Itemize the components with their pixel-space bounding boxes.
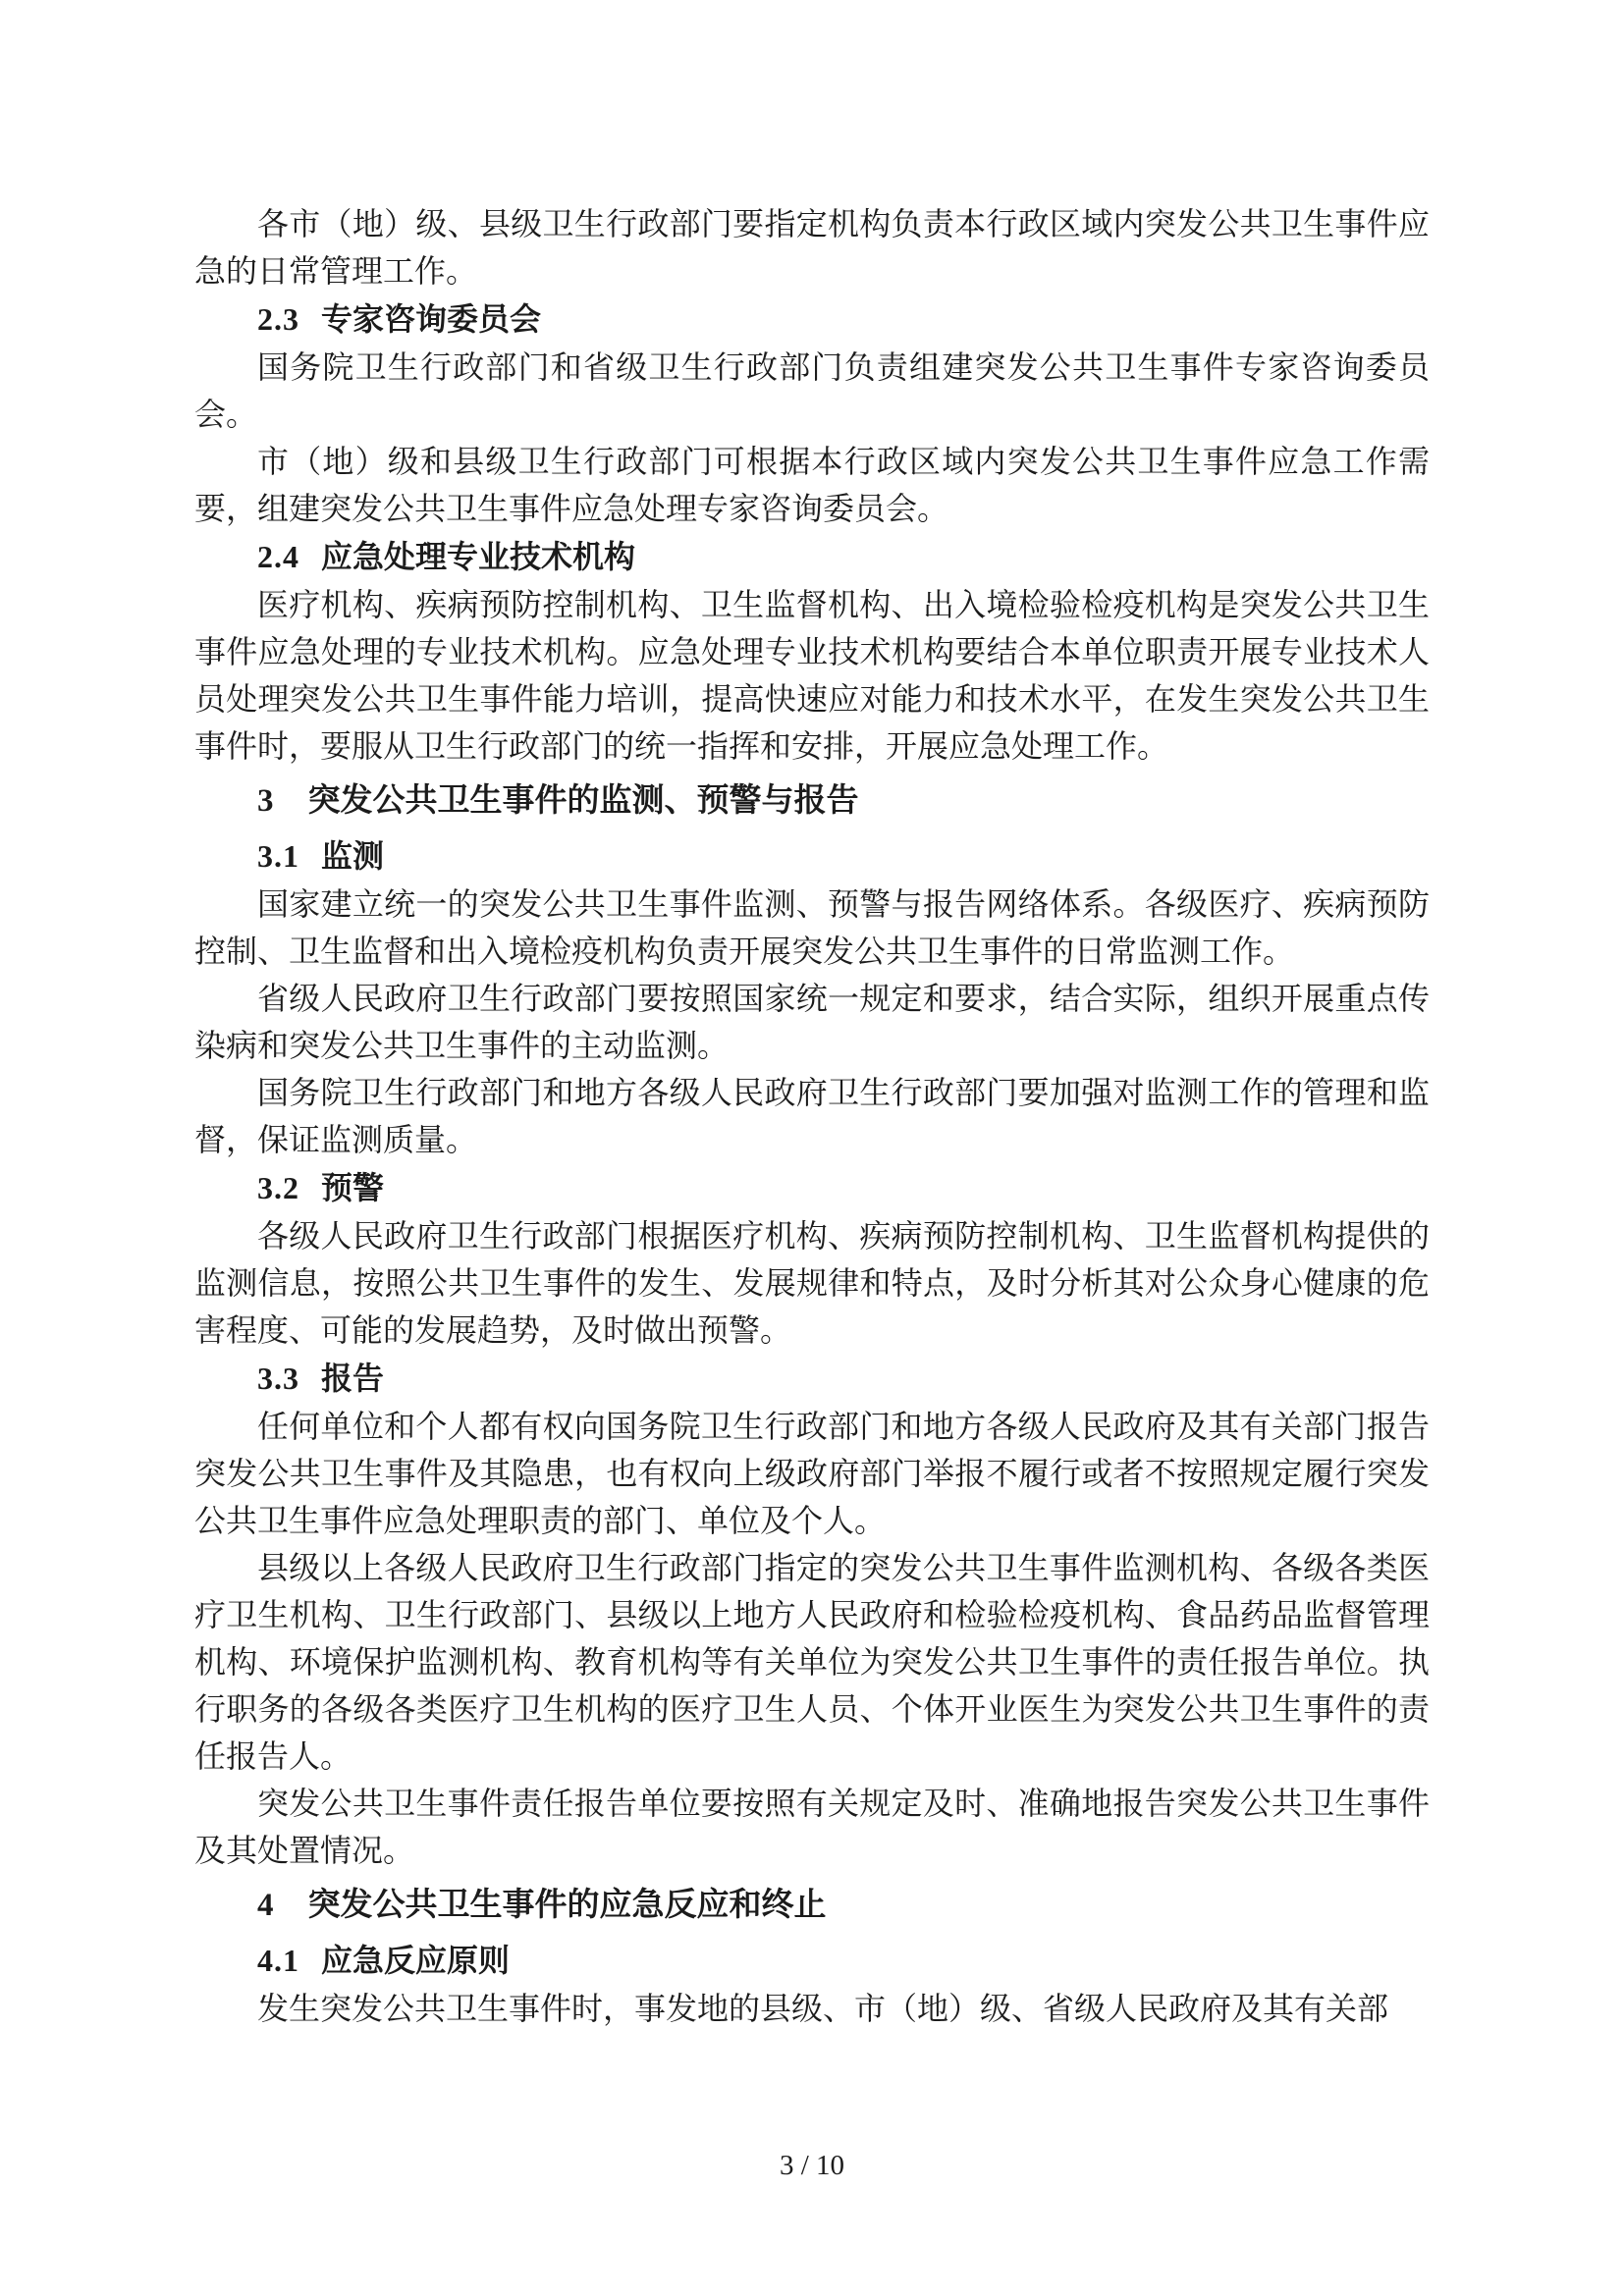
heading-title: 监测	[321, 838, 384, 874]
subsection-heading: 4.1应急反应原则	[194, 1936, 1430, 1985]
heading-number: 3.2	[257, 1170, 299, 1205]
heading-title: 应急反应原则	[321, 1943, 510, 1978]
heading-number: 2.4	[257, 539, 299, 574]
page-number: 3 / 10	[0, 2150, 1624, 2182]
subsection-heading: 3.1监测	[194, 831, 1430, 881]
subsection-heading: 2.4应急处理专业技术机构	[194, 532, 1430, 581]
heading-title: 专家咨询委员会	[321, 301, 541, 337]
paragraph: 各级人民政府卫生行政部门根据医疗机构、疾病预防控制机构、卫生监督机构提供的监测信…	[194, 1212, 1430, 1354]
paragraph: 国务院卫生行政部门和地方各级人民政府卫生行政部门要加强对监测工作的管理和监督，保…	[194, 1069, 1430, 1163]
subsection-heading: 3.2预警	[194, 1163, 1430, 1212]
heading-title: 应急处理专业技术机构	[321, 539, 635, 574]
heading-number: 3.3	[257, 1361, 299, 1396]
document-content: 各市（地）级、县级卫生行政部门要指定机构负责本行政区域内突发公共卫生事件应急的日…	[194, 200, 1430, 2032]
heading-title: 预警	[321, 1170, 384, 1205]
paragraph: 国家建立统一的突发公共卫生事件监测、预警与报告网络体系。各级医疗、疾病预防控制、…	[194, 881, 1430, 975]
paragraph: 国务院卫生行政部门和省级卫生行政部门负责组建突发公共卫生事件专家咨询委员会。	[194, 344, 1430, 438]
heading-title: 报告	[321, 1361, 384, 1396]
paragraph: 市（地）级和县级卫生行政部门可根据本行政区域内突发公共卫生事件应急工作需要，组建…	[194, 438, 1430, 532]
heading-number: 4.1	[257, 1943, 299, 1978]
section-heading: 4突发公共卫生事件的应急反应和终止	[194, 1879, 1430, 1931]
subsection-heading: 3.3报告	[194, 1354, 1430, 1403]
heading-title: 突发公共卫生事件的应急反应和终止	[308, 1886, 827, 1922]
heading-number: 3	[257, 783, 275, 819]
paragraph: 突发公共卫生事件责任报告单位要按照有关规定及时、准确地报告突发公共卫生事件及其处…	[194, 1780, 1430, 1874]
document-page: 各市（地）级、县级卫生行政部门要指定机构负责本行政区域内突发公共卫生事件应急的日…	[0, 0, 1624, 2296]
heading-number: 4	[257, 1888, 275, 1923]
heading-number: 3.1	[257, 838, 299, 874]
paragraph: 省级人民政府卫生行政部门要按照国家统一规定和要求，结合实际，组织开展重点传染病和…	[194, 975, 1430, 1069]
paragraph: 县级以上各级人民政府卫生行政部门指定的突发公共卫生事件监测机构、各级各类医疗卫生…	[194, 1544, 1430, 1780]
paragraph: 发生突发公共卫生事件时，事发地的县级、市（地）级、省级人民政府及其有关部	[194, 1985, 1430, 2032]
heading-title: 突发公共卫生事件的监测、预警与报告	[308, 781, 859, 818]
paragraph: 各市（地）级、县级卫生行政部门要指定机构负责本行政区域内突发公共卫生事件应急的日…	[194, 200, 1430, 294]
paragraph: 任何单位和个人都有权向国务院卫生行政部门和地方各级人民政府及其有关部门报告突发公…	[194, 1403, 1430, 1544]
paragraph: 医疗机构、疾病预防控制机构、卫生监督机构、出入境检验检疫机构是突发公共卫生事件应…	[194, 581, 1430, 770]
section-heading: 3突发公共卫生事件的监测、预警与报告	[194, 774, 1430, 827]
heading-number: 2.3	[257, 301, 299, 337]
subsection-heading: 2.3专家咨询委员会	[194, 294, 1430, 344]
